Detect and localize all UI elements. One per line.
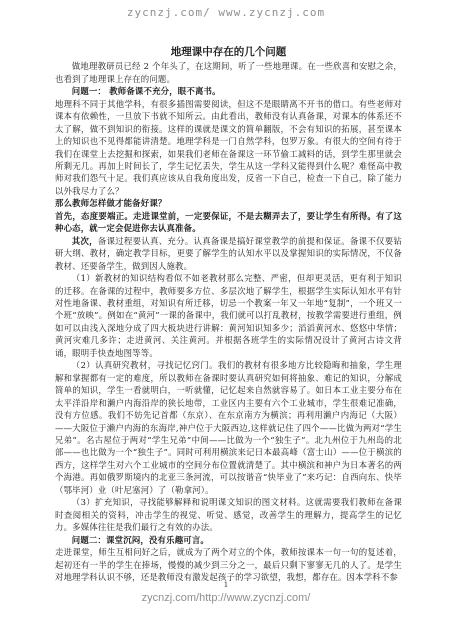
paragraph: 做地理教研员已经 2 个年头了，在这期间，听了一些地理课。在一些欣喜和安慰之余，…	[55, 60, 402, 85]
paragraph: 首先，态度要端正。走进课堂前，一定要保证，不是去糊弄去了，要让学生有所得。有了这…	[55, 210, 402, 235]
paragraph: 走进课堂，师生互相问好之后，就成为了两个对立的个体，教师按课本一句一句的复述着，…	[55, 546, 402, 583]
paragraph: 问题一： 教师备课不充分，眼不离书。	[55, 85, 402, 97]
paragraph: 问题二：课堂沉闷，没有乐趣可言。	[55, 534, 402, 546]
paragraph: 那么教师怎样做才能备好课？	[55, 197, 402, 209]
paragraph: 其次，备课过程要认真、充分。认真备课是搞好课堂教学的前提和保证。备课不仅要钻研大…	[55, 235, 402, 272]
paragraph: （3）扩充知识，寻找能够解释和说明课文知识的图文材料。这就需要我们教师在备课时查…	[55, 496, 402, 533]
paragraph-lead: 其次，	[72, 236, 98, 246]
paragraph: （1）新教材的知识结构看似不如老教材那么完整、严密，但却更灵活，更有利于知识的迁…	[55, 272, 402, 359]
document-page: zycnzj.com/ www.zycnzj.com 地理课中存在的几个问题 做…	[0, 0, 452, 640]
paragraph: 地理科不同于其他学科，有很多插图需要阅读，但这不是眼睛离不开书的借口。有些老师对…	[55, 98, 402, 198]
page-number: 1	[0, 580, 452, 589]
document-content: 地理课中存在的几个问题 做地理教研员已经 2 个年头了，在这期间，听了一些地理课…	[0, 19, 452, 583]
page-title: 地理课中存在的几个问题	[55, 46, 402, 58]
footer-site-link[interactable]: zycnzj.com/http://www.zycnzj.com/	[0, 592, 452, 604]
header-site-link[interactable]: zycnzj.com/ www.zycnzj.com	[0, 0, 452, 19]
paragraph: （2）认真研究教材，寻找记忆窍门。我们的教材有很多地方比较隐晦和抽象，学生理解和…	[55, 359, 402, 496]
document-body: 做地理教研员已经 2 个年头了，在这期间，听了一些地理课。在一些欣喜和安慰之余，…	[55, 60, 402, 583]
